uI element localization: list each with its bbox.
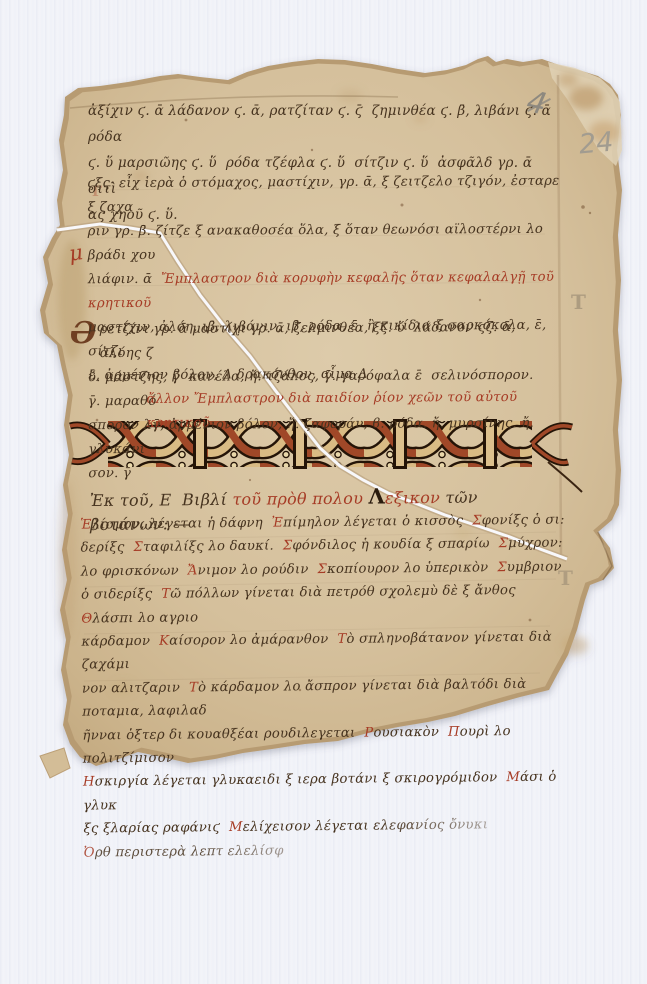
manuscript-text-line: ϛξς· εἶχ ἱερὰ ὁ στόμαχος, μαστίχιν, γρ. … <box>87 170 561 220</box>
recipe-block-ingredients: ρετζίνι γρ. ᾱ μαστίχι γρ. ᾱ, ζελμινθέα, … <box>88 316 551 486</box>
manuscript-text-line: Ησκιργία λέγεται γλυκαειδι ξ ιερα βοτάνι… <box>83 766 577 818</box>
manuscript-text-line: ριν γρ. β̄. ζίτζε ξ ανακαθοσέα ὅλα, ξ ὅτ… <box>88 218 562 268</box>
manuscript-text-line: ἀξίχιν ϛ. ᾱ λάδανον ϛ. ᾱ, ρατζίταν ϛ. ϛ̄… <box>88 98 556 150</box>
show-through-mark: Τ <box>571 290 586 314</box>
paper-chip <box>40 748 70 778</box>
manuscript-text-line: ξς ξλαρίας ραφάνιϛ Μελίχεισον λέγεται ελ… <box>83 813 577 842</box>
manuscript-text-line: Ὀρθ περιστερὰ λεπτ ελελίσφ <box>84 838 414 865</box>
manuscript-text-line: σπορον λγ̄, ἀρμένιον βόλον, ἤ. ζαφοράν, … <box>88 412 550 462</box>
manuscript-text-line: ὁ σιδερίξς Τῶ πόλλων γίνεται διὰ πετρόθ … <box>81 579 575 631</box>
manuscript-text-line: κάρδαμον Καίσορον λο ἀμάρανθον Τὸ σπληνο… <box>81 625 575 677</box>
manuscript-text-line: ρετζίνι γρ. ᾱ μαστίχι γρ. ᾱ, ζελμινθέα, … <box>88 316 550 366</box>
manuscript-text-line: νον αλιτζαριν Τὸ κάρδαμον λο ἄσπρον γίνε… <box>82 672 576 724</box>
manuscript-text-line: ὕ. μάστζης, γ̄ κανέλα, ἤ. τζάλος, γ̄. γα… <box>88 364 550 414</box>
manuscript-text-line: λιάφιν. ᾱ Ἔμπλαστρον διὰ κορυφὴν κεφαλῆς… <box>88 266 562 316</box>
lexicon-entries-block: Ἑλίσμον, λέγεται ἡ δάφνη Ἐπίμηλον λέγετα… <box>80 508 578 864</box>
page-number-pencil: 24 <box>578 127 615 161</box>
manuscript-scan-page: 4 24 Τ Τ Γ μ Ə ἀξίχιν ϛ. ᾱ λάδανον ϛ. ᾱ,… <box>0 0 647 984</box>
manuscript-text-line: ῆνναι ὁξτερ δι κουαθξέαι ρουδιλεγεται Ρο… <box>82 719 576 771</box>
manuscript-text-line: σον. γ̄ <box>88 460 550 486</box>
